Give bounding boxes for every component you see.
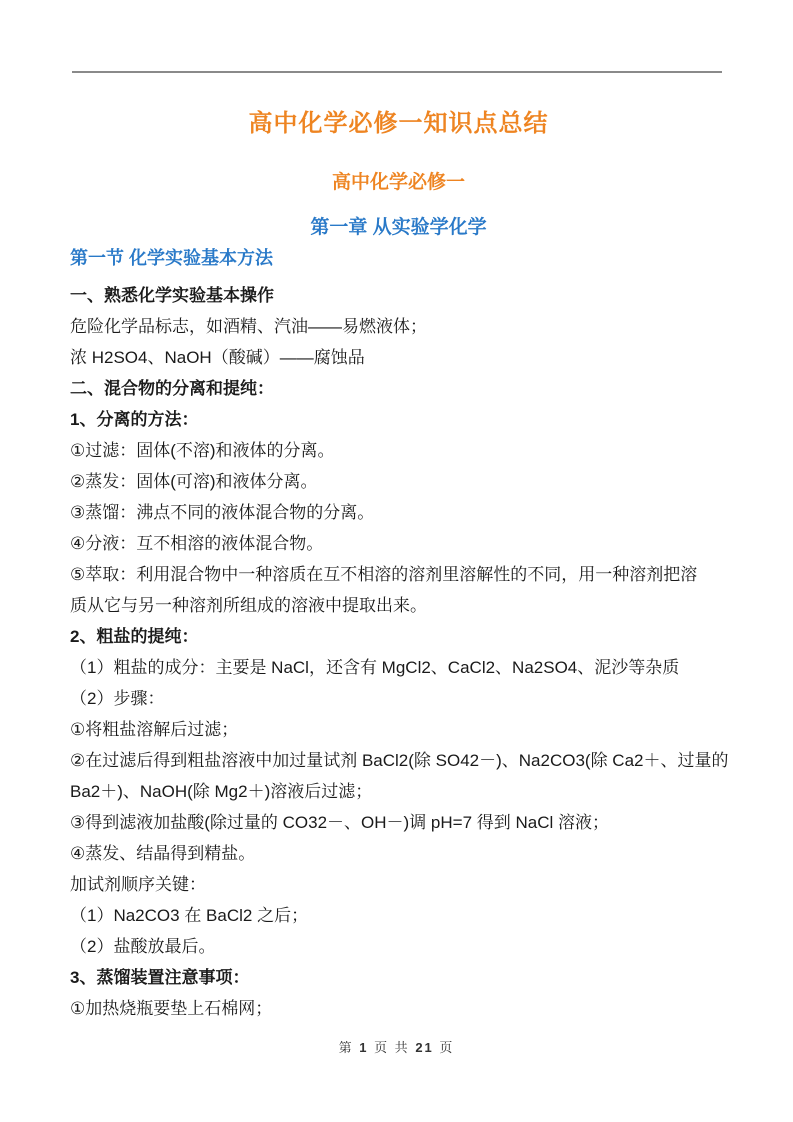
document-content: 高中化学必修一知识点总结 高中化学必修一 第一章 从实验学化学 第一节 化学实验…	[70, 0, 727, 1024]
body-line: ①过滤：固体(不溶)和液体的分离。	[70, 435, 727, 466]
body-line: ①将粗盐溶解后过滤；	[70, 714, 727, 745]
body-line: 1、分离的方法：	[70, 404, 727, 435]
body-line: 质从它与另一种溶剂所组成的溶液中提取出来。	[70, 590, 727, 621]
body-line: 加试剂顺序关键：	[70, 869, 727, 900]
body-line: 一、熟悉化学实验基本操作	[70, 280, 727, 311]
page-footer: 第 1 页 共 21 页	[0, 1040, 793, 1056]
body-line: ④蒸发、结晶得到精盐。	[70, 838, 727, 869]
body-line: ③蒸馏：沸点不同的液体混合物的分离。	[70, 497, 727, 528]
document-page: 高中化学必修一知识点总结 高中化学必修一 第一章 从实验学化学 第一节 化学实验…	[0, 0, 793, 1122]
footer-label-infix: 页 共	[374, 1040, 410, 1055]
body-line: （1）Na2CO3 在 BaCl2 之后；	[70, 900, 727, 931]
chapter-heading: 第一章 从实验学化学	[70, 217, 727, 238]
document-body: 一、熟悉化学实验基本操作 危险化学品标志，如酒精、汽油——易燃液体； 浓 H2S…	[70, 280, 727, 1024]
body-line: ④分液：互不相溶的液体混合物。	[70, 528, 727, 559]
footer-label-prefix: 第	[339, 1040, 354, 1055]
body-line: ③得到滤液加盐酸(除过量的 CO32－、OH－)调 pH=7 得到 NaCl 溶…	[70, 807, 727, 838]
body-line: Ba2＋)、NaOH(除 Mg2＋)溶液后过滤；	[70, 776, 727, 807]
body-line: ②在过滤后得到粗盐溶液中加过量试剂 BaCl2(除 SO42－)、Na2CO3(…	[70, 745, 727, 776]
body-line: （2）盐酸放最后。	[70, 931, 727, 962]
document-subtitle: 高中化学必修一	[70, 172, 727, 193]
body-line: 二、混合物的分离和提纯：	[70, 373, 727, 404]
body-line: 3、蒸馏装置注意事项：	[70, 962, 727, 993]
footer-label-suffix: 页	[439, 1040, 454, 1055]
footer-total-pages: 21	[415, 1040, 433, 1055]
body-line: 危险化学品标志，如酒精、汽油——易燃液体；	[70, 311, 727, 342]
document-title: 高中化学必修一知识点总结	[70, 0, 727, 137]
body-line: ②蒸发：固体(可溶)和液体分离。	[70, 466, 727, 497]
section-heading: 第一节 化学实验基本方法	[70, 248, 727, 268]
body-line: ⑤萃取：利用混合物中一种溶质在互不相溶的溶剂里溶解性的不同，用一种溶剂把溶	[70, 559, 727, 590]
body-line: 2、粗盐的提纯：	[70, 621, 727, 652]
body-line: （1）粗盐的成分：主要是 NaCl，还含有 MgCl2、CaCl2、Na2SO4…	[70, 652, 727, 683]
body-line: （2）步骤：	[70, 683, 727, 714]
footer-page-number: 1	[359, 1040, 368, 1055]
body-line: 浓 H2SO4、NaOH（酸碱）——腐蚀品	[70, 342, 727, 373]
body-line: ①加热烧瓶要垫上石棉网；	[70, 993, 727, 1024]
